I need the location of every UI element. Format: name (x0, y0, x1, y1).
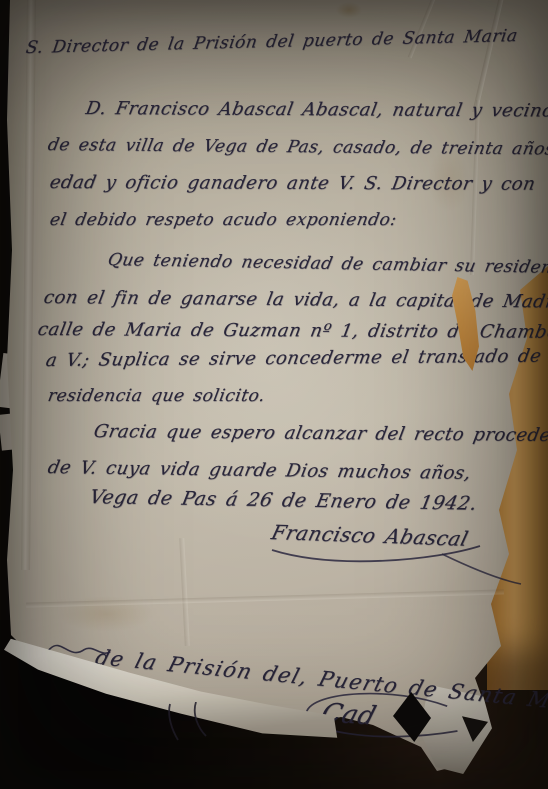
letter-line: el debido respeto acudo exponiendo: (48, 210, 398, 230)
letter-line: residencia que solicito. (46, 386, 267, 406)
photo-of-letter: S. Director de la Prisión del puerto de … (0, 0, 548, 789)
letter-line: D. Francisco Abascal Abascal, natural y … (84, 98, 548, 121)
letter-line: Gracia que espero alcanzar del recto pro… (92, 421, 548, 446)
letter-line: edad y oficio ganadero ante V. S. Direct… (48, 172, 537, 195)
